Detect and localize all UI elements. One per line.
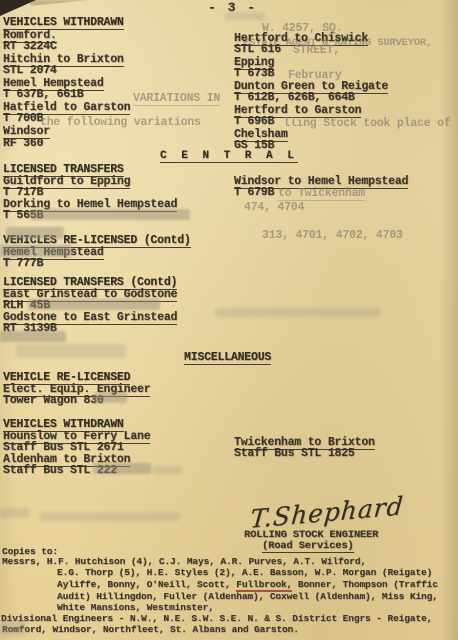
fleet-line: T 679B [234,187,274,199]
smudge-mark [16,344,126,358]
smudge-mark [0,245,72,257]
fleet-line: T 673B [234,68,274,80]
smudge-mark [225,12,265,20]
section-header-central: C E N T R A L [160,150,298,163]
fleet-line: T 637B, 661B [3,89,83,101]
paper-edge-shadow [30,0,90,6]
smudge-mark [93,463,151,474]
smudge-mark [6,227,64,239]
fleet-line: RT 3224C [3,41,57,53]
ghost-text: 474, 4704 [244,202,304,214]
smudge-mark [28,299,160,310]
fleet-line: STL 2074 [3,65,57,77]
section-header-miscellaneous: MISCELLANEOUS [184,352,271,365]
smudge-mark [215,308,380,317]
ghost-text: STREET, [293,45,340,57]
fleet-line: T 696B [234,116,274,128]
smudge-mark [0,331,66,342]
ghost-text: lling Stock took place of the [283,118,458,130]
smudge-mark [40,512,180,521]
smudge-mark [0,508,30,518]
fleet-line: STL 616 [234,44,281,56]
copies-line-segment: Ayliffe, Bonny, O'Neill, Scott, [57,579,236,590]
copies-line-segment: Bonner, Thompson (Traffic [292,579,438,590]
ghost-text: VARIATIONS IN [133,93,220,106]
signature-subtitle: (Road Services) [262,540,354,553]
smudge-mark [93,393,127,403]
fleet-line: T 612B, 626B, 664B [234,92,355,104]
ghost-text: 313, 4701, 4702, 4703 [262,230,403,242]
copies-line: Ayliffe, Bonny, O'Neill, Scott, Fullbroo… [57,579,438,591]
fleet-line: T 700B [3,113,43,125]
smudge-mark [0,620,26,636]
fleet-line: Staff Bus STL 1825 [234,448,355,460]
copies-line: E.G. Thorp (5), H.E. Styles (2), A.E. Ba… [57,567,432,579]
smudge-mark [30,209,190,220]
document-page: - 3 - W. 4257, SQ. ESTATE AGENT & RATING… [0,0,458,640]
smudge-mark [152,466,182,474]
fleet-line: Tower Wagon 830 [3,395,104,407]
fleet-line: T 777B [3,258,43,270]
handwritten-signature: T.Shephard [249,491,405,534]
copies-line: Romford, Windsor, Northfleet, St. Albans… [2,624,299,636]
ghost-text: the following variations [40,117,201,129]
ghost-text: to Twickenham [278,188,365,201]
fleet-line: RF 360 [3,138,43,150]
